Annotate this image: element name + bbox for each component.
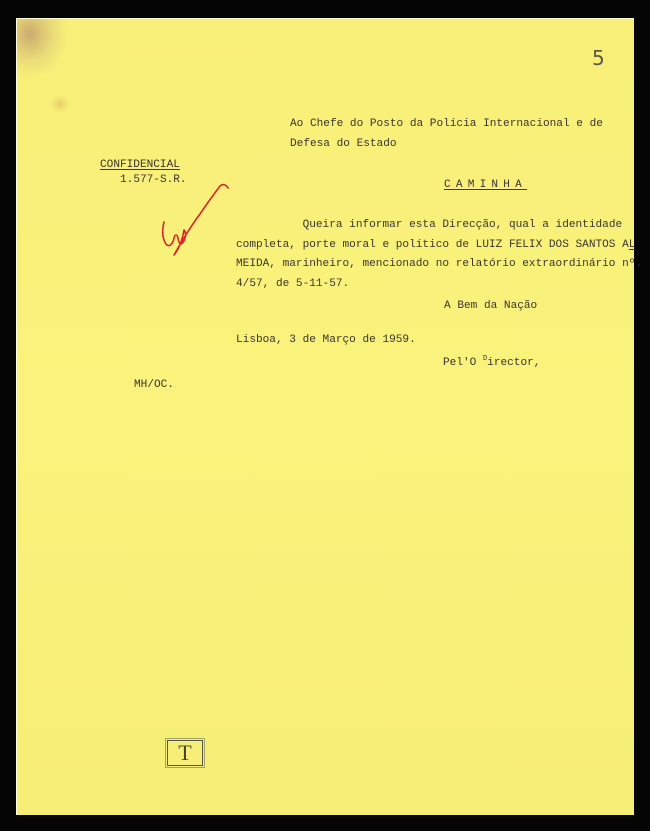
closing-salutation: A Bem da Nação (444, 297, 537, 317)
body-line-1: Queira informar esta Direcção, qual a id… (303, 219, 623, 231)
classification-label: CONFIDENCIAL (100, 159, 180, 171)
stamp-box: T (167, 740, 203, 766)
addressee-line-1: Ao Chefe do Posto da Polícia Internacion… (290, 118, 603, 130)
place-date: Lisboa, 3 de Março de 1959. (236, 331, 416, 351)
body-paragraph: Queira informar esta Direcção, qual a id… (236, 216, 642, 294)
handwritten-check-annotation-icon (156, 178, 236, 268)
addressee-block: Ao Chefe do Posto da Polícia Internacion… (290, 115, 603, 154)
document-page: 5 Ao Chefe do Posto da Polícia Internaci… (16, 18, 634, 815)
body-line-2-hyphen-mark: L (629, 239, 636, 251)
typist-initials: MH/OC. (134, 376, 174, 396)
addressee-line-2: Defesa do Estado (290, 138, 397, 150)
signature-prefix: Pel'O (443, 357, 483, 369)
body-line-2: completa, porte moral e político de LUIZ… (236, 239, 629, 251)
signature-rest: irector, (487, 357, 540, 369)
destination-heading: CAMINHA (444, 176, 527, 196)
page-number: 5 (592, 46, 605, 70)
body-line-4: 4/57, de 5-11-57. (236, 278, 349, 290)
signature-line: Pel'O Director, (443, 350, 540, 374)
body-line-3: MEIDA, marinheiro, mencionado no relatór… (236, 258, 642, 270)
